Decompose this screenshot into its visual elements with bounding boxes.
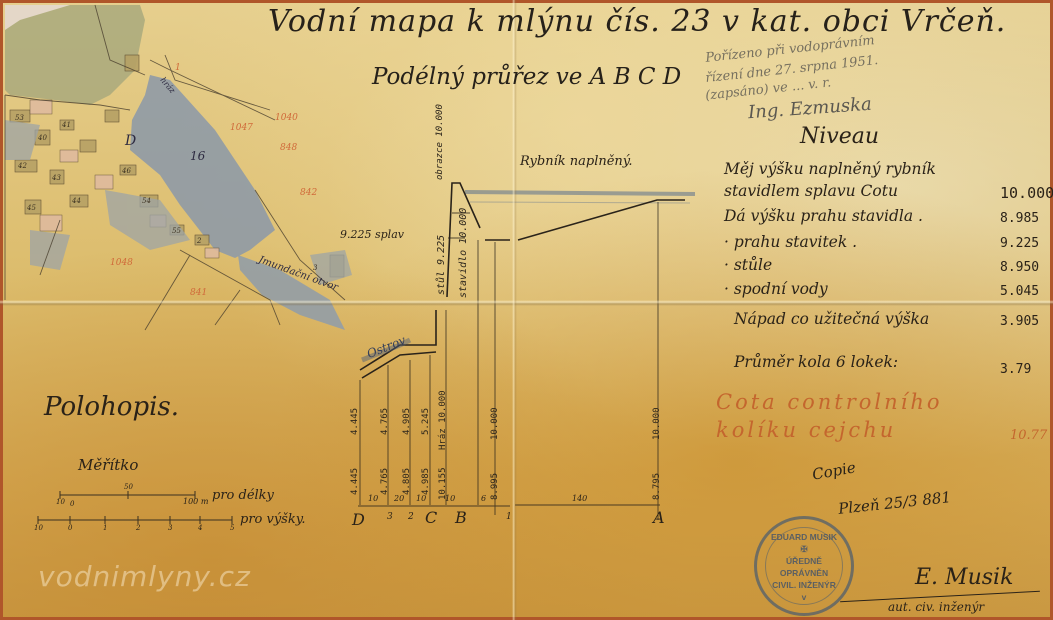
station-3-bottom: 4.765 [380,468,390,495]
overflow-level-label: 9.225 splav [340,228,404,241]
signatory-role: aut. civ. inženýr [888,600,984,614]
niveau-row-label: Nápad co užitečná výška [734,310,929,328]
stamp-line: v [757,591,851,603]
station-a-top: 10.000 [652,407,662,440]
niveau-heading: Niveau [800,124,879,149]
pond-filled-label: Rybník naplněný. [520,154,633,169]
niveau-row-label: · spodní vody [724,280,828,298]
niveau-row-value: 3.905 [1000,314,1039,329]
red-note-line-2: kolíku cejchu [716,418,896,442]
station-a-bottom: 8.795 [652,473,662,500]
dist-1-a: 140 [572,494,587,503]
dist-d-3: 10 [368,494,378,503]
profile-subtitle: Podélný průřez ve A B C D [372,64,681,90]
station-2-bottom: 4.805 [402,468,412,495]
document-title: Vodní mapa k mlýnu čís. 23 v kat. obci V… [268,4,1006,39]
height-tick-4: 4 [198,524,202,532]
niveau-row-label: stavidlem splavu Cotu [724,182,898,200]
height-tick-5: 5 [230,524,234,532]
scale-length-label: pro délky [212,488,274,503]
gate-label: stavidlo 10.000 [458,208,469,298]
height-tick-10: 10 [34,524,43,532]
stamp-line: ÚŘEDNĚ [757,555,851,567]
length-tick-0: 0 [70,500,74,508]
scanned-map-sheet: 10401047 848842 1048841 1 16 D hráz Jmun… [0,0,1053,620]
niveau-row-label: Průměr kola 6 lokek: [734,353,898,371]
station-d-top: 4.445 [350,408,360,435]
station-letter-a: A [653,508,665,527]
station-letter-b: B [455,508,467,527]
overflow-top-label: obrazce 10.000 [435,104,445,180]
station-2-top: 4.905 [402,408,412,435]
stamp-line: ✠ [757,543,851,555]
station-3-top: 4.765 [380,408,390,435]
official-stamp: EDUARD MUSIK ✠ ÚŘEDNĚ OPRÁVNĚN CIVIL. IN… [754,516,854,616]
station-letter-d: D [352,510,365,529]
stamp-line: CIVIL. INŽENÝR [757,579,851,591]
height-tick-0: 0 [68,524,72,532]
length-tick-100: 100 m [183,497,208,506]
niveau-row-label: · stůle [724,256,772,274]
dist-b-1: 6 [481,494,486,503]
station-c-bottom: 4.985 [421,468,431,495]
signature: E. Musik [915,565,1013,590]
watermark-text: vodnimlyny.cz [38,560,251,593]
dist-2-c: 10 [416,494,426,503]
niveau-row-value: 8.950 [1000,260,1039,275]
length-tick-10: 10 [56,498,65,506]
station-d-bottom: 4.445 [350,468,360,495]
stamp-line: OPRÁVNĚN [757,567,851,579]
station-letter-3: 3 [387,512,393,522]
stul-label: stůl 9.225 [436,235,447,295]
niveau-row-label: Měj výšku naplněný rybník [724,160,936,178]
scale-bars [0,0,340,540]
niveau-row-label: · prahu stavitek . [724,233,857,251]
station-c-top: 5.245 [421,408,431,435]
niveau-row-value: 5.045 [1000,284,1039,299]
station-b-top: Hráz 10.000 [438,390,448,450]
scale-height-label: pro výšky. [240,512,305,527]
niveau-row-value: 9.225 [1000,236,1039,251]
length-tick-50: 50 [124,483,133,491]
height-tick-1: 1 [103,524,107,532]
paper-fold-vertical [512,0,517,620]
height-tick-2: 2 [136,524,140,532]
niveau-row-label: Dá výšku prahu stavidla . [724,207,923,225]
niveau-row-value: 3.79 [1000,362,1031,377]
station-letter-c: C [425,508,437,527]
station-1-bottom: 8.995 [490,473,500,500]
station-letter-2: 2 [408,512,414,522]
station-letter-1: 1 [506,512,512,522]
station-1-top: 10.000 [490,407,500,440]
niveau-row-value: 10.000 [1000,184,1053,202]
dist-3-2: 20 [394,494,404,503]
red-note-value: 10.77 [1010,428,1047,443]
niveau-row-value: 8.985 [1000,211,1039,226]
red-note-line-1: Cota controlního [716,390,943,414]
height-tick-3: 3 [168,524,172,532]
dist-c-b: 10 [445,494,455,503]
stamp-line: EDUARD MUSIK [757,531,851,543]
